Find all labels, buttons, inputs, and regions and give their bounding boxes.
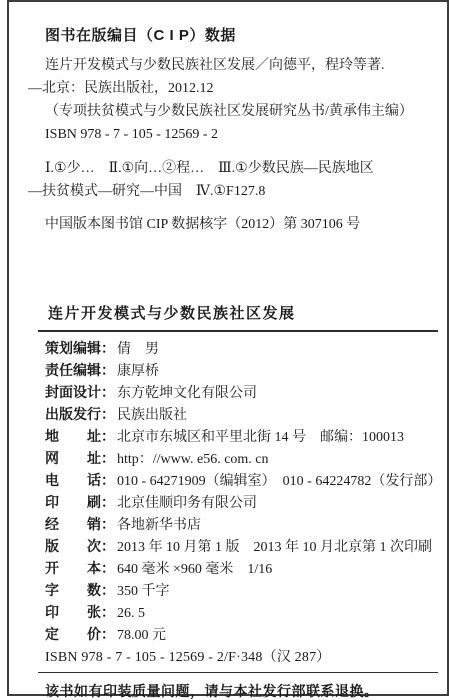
- pub-value: 2013 年 10 月第 1 版 2013 年 10 月北京第 1 次印刷: [115, 540, 432, 555]
- notice-divider: [38, 672, 438, 673]
- cip-entry-line: （专项扶贫模式与少数民族社区发展研究丛书/黄承伟主编）: [28, 100, 440, 123]
- cip-record-number: 中国版本图书馆 CIP 数据核字（2012）第 307106 号: [28, 213, 440, 236]
- quality-notice: 该书如有印装质量问题，请与本社发行部联系退换。: [28, 681, 440, 700]
- pub-label: 电 话：: [28, 472, 115, 488]
- cip-entry-line: 连片开发模式与少数民族社区发展／向德平，程玲等著.: [28, 54, 440, 77]
- pub-label: 字 数：: [28, 582, 115, 598]
- pub-value: 350 千字: [115, 584, 170, 599]
- book-title: 连片开发模式与少数民族社区发展: [28, 302, 440, 323]
- pub-value: 东方乾坤文化有限公司: [115, 386, 257, 401]
- pub-value: 各地新华书店: [115, 518, 201, 533]
- pub-row-website: 网 址：http：//www. e56. com. cn: [28, 448, 440, 470]
- pub-row-distributor: 经 销：各地新华书店: [28, 514, 440, 536]
- pub-label: 印 刷：: [28, 494, 115, 510]
- pub-value: http：//www. e56. com. cn: [115, 452, 269, 467]
- pub-label: 网 址：: [28, 450, 115, 466]
- pub-row-publisher: 出版发行：民族出版社: [28, 404, 440, 426]
- pub-row-executive-editor: 责任编辑：康厚桥: [28, 360, 440, 382]
- pub-row-format: 开 本：640 毫米 ×960 毫米 1/16: [28, 558, 440, 580]
- pub-value: 010 - 64271909（编辑室） 010 - 64224782（发行部）: [115, 474, 441, 489]
- pub-value: 北京市东城区和平里北街 14 号 邮编：100013: [115, 430, 404, 445]
- pub-label: 定 价：: [28, 626, 115, 642]
- pub-label: 版 次：: [28, 538, 115, 554]
- pub-value: 康厚桥: [115, 364, 159, 379]
- pub-row-edition: 版 次：2013 年 10 月第 1 版 2013 年 10 月北京第 1 次印…: [28, 536, 440, 558]
- pub-label: 出版发行：: [28, 406, 115, 422]
- title-divider: [38, 330, 438, 332]
- cip-header: 图书在版编目（C I P）数据: [28, 24, 440, 45]
- cip-classification-block: Ⅰ.①少… Ⅱ.①向…②程… Ⅲ.①少数民族—民族地区 —扶贫模式—研究—中国 …: [28, 157, 440, 203]
- pub-row-price: 定 价：78.00 元: [28, 624, 440, 646]
- pub-label: 印 张：: [28, 604, 115, 620]
- pub-row-address: 地 址：北京市东城区和平里北街 14 号 邮编：100013: [28, 426, 440, 448]
- pub-value: 26. 5: [115, 606, 145, 621]
- pub-value: 民族出版社: [115, 408, 187, 423]
- cip-classification-line: —扶贫模式—研究—中国 Ⅳ.①F127.8: [28, 180, 440, 203]
- pub-label: 策划编辑：: [28, 340, 115, 356]
- pub-row-planning-editor: 策划编辑：倩 男: [28, 338, 440, 360]
- pub-value: 倩 男: [115, 342, 159, 357]
- pub-value: 78.00 元: [115, 628, 166, 643]
- cip-entry-block: 连片开发模式与少数民族社区发展／向德平，程玲等著. —北京：民族出版社，2012…: [28, 54, 440, 146]
- pub-value: 640 毫米 ×960 毫米 1/16: [115, 562, 272, 577]
- cip-entry-line: —北京：民族出版社，2012.12: [28, 77, 440, 100]
- publication-info: 策划编辑：倩 男 责任编辑：康厚桥 封面设计：东方乾坤文化有限公司 出版发行：民…: [28, 338, 440, 646]
- pub-value: 北京佳顺印务有限公司: [115, 496, 257, 511]
- pub-label: 地 址：: [28, 428, 115, 444]
- cip-isbn-line: ISBN 978 - 7 - 105 - 12569 - 2: [28, 123, 440, 146]
- pub-row-printed-sheets: 印 张：26. 5: [28, 602, 440, 624]
- pub-label: 开 本：: [28, 560, 115, 576]
- pub-label: 封面设计：: [28, 384, 115, 400]
- pub-row-cover-design: 封面设计：东方乾坤文化有限公司: [28, 382, 440, 404]
- pub-row-printer: 印 刷：北京佳顺印务有限公司: [28, 492, 440, 514]
- pub-label: 责任编辑：: [28, 362, 115, 378]
- pub-row-phone: 电 话：010 - 64271909（编辑室） 010 - 64224782（发…: [28, 470, 440, 492]
- cip-classification-line: Ⅰ.①少… Ⅱ.①向…②程… Ⅲ.①少数民族—民族地区: [28, 157, 440, 180]
- pub-label: 经 销：: [28, 516, 115, 532]
- copyright-page-content: 图书在版编目（C I P）数据 连片开发模式与少数民族社区发展／向德平，程玲等著…: [28, 0, 440, 700]
- pub-row-word-count: 字 数：350 千字: [28, 580, 440, 602]
- isbn-full-line: ISBN 978 - 7 - 105 - 12569 - 2/F·348（汉 2…: [28, 647, 440, 668]
